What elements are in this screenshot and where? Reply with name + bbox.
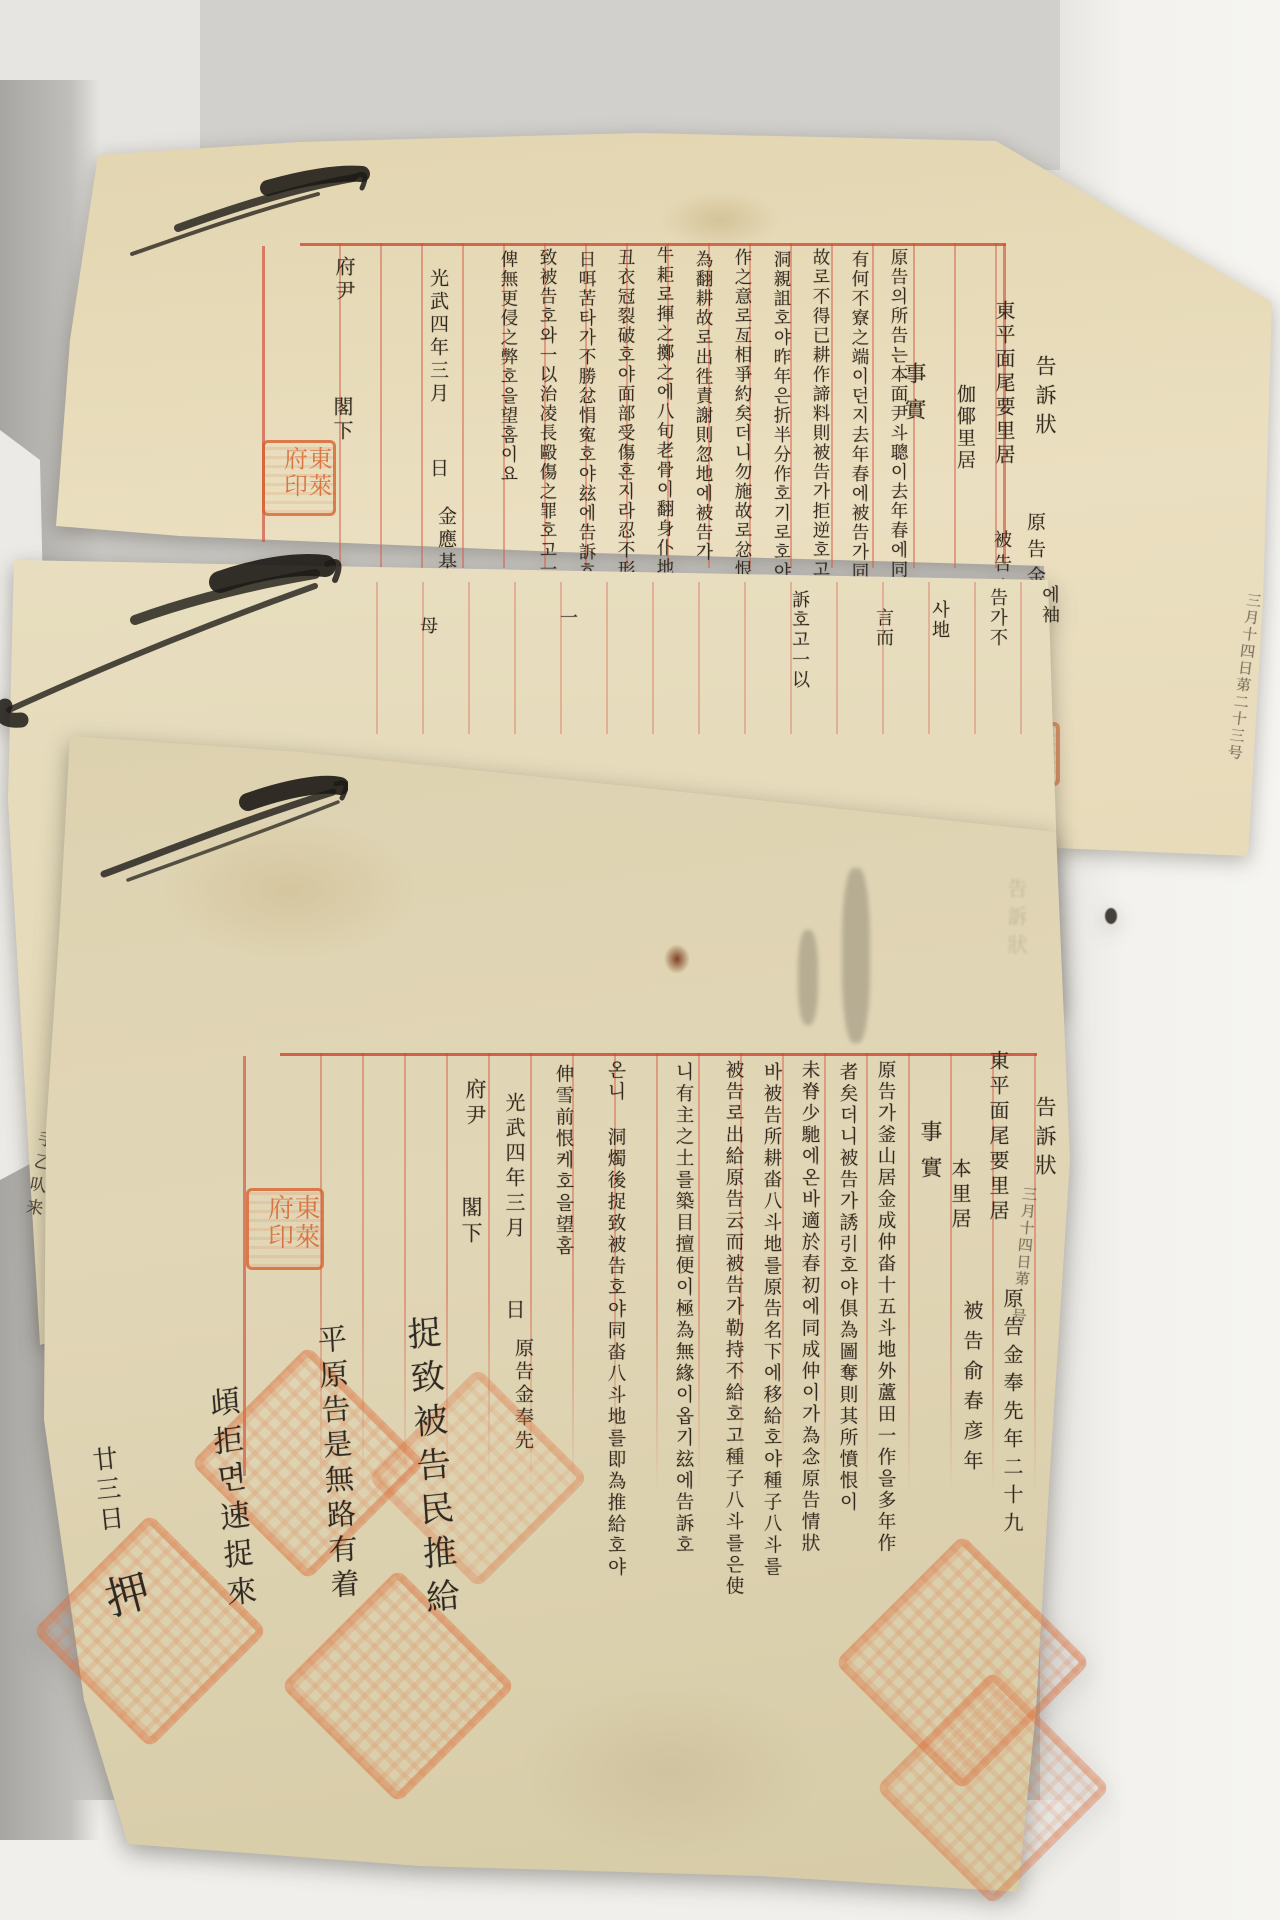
ink-showthrough xyxy=(842,868,870,1043)
doc-bottom-plaintiff: 原告金奉先年二十九 xyxy=(998,1288,1027,1540)
doc-bottom-body-col: 者矣더니被告가誘引호야俱為圖奪則其所憤恨이 xyxy=(834,1062,860,1514)
doc-bottom-defendant: 被告俞春彦年 xyxy=(958,1300,987,1480)
doc-bottom-title: 告訴狀 xyxy=(1030,1096,1060,1183)
doc-bottom-address2: 本里居 xyxy=(946,1158,975,1233)
doc-bottom-body-col: 伸雪前恨케호을望홈 xyxy=(550,1064,576,1258)
doc-bottom-body-col: 온니 洞燭後捉致被告호야同畓八斗地를即為推給호야 xyxy=(602,1060,628,1579)
doc-bottom-body-col: 바被告所耕畓八斗地를原告名下에移給호야種子八斗를 xyxy=(758,1062,784,1578)
official-seal-stamp: 東萊府印 xyxy=(246,1188,324,1270)
doc-bottom-addressee-title: 府尹 xyxy=(460,1078,490,1130)
doc-bottom-body-col: 니有主之土를築目擅便이極為無緣이옵기玆에告訴호 xyxy=(670,1062,696,1557)
doc-bottom-addressee-honorific: 閣下 xyxy=(456,1196,486,1248)
doc-bottom-body-col: 被告로出給原告云而被告가勒持不給호고種子八斗를은使 xyxy=(720,1060,746,1598)
doc-bottom-body-col: 原告가釜山居金成仲畓十五斗地外蘆田一作을多年作 xyxy=(872,1060,898,1555)
paper-stain xyxy=(520,1680,820,1860)
ink-showthrough xyxy=(798,930,818,1025)
photo-canvas: 告訴狀 東平面尾要里居 伽倻里居 原告金應基年 被告李今石年 事實 原告의所告는… xyxy=(0,0,1280,1920)
doc-bottom-date-line: 光武四年三月 日 xyxy=(500,1092,529,1324)
doc-bottom-section-label: 事實 xyxy=(914,1120,945,1192)
brown-ink-blot xyxy=(664,944,690,974)
document-sheet-bottom: 告訴狀 告訴狀 東平面尾要里居 本里居 原告金奉先年二十九 被告俞春彦年 事實 … xyxy=(0,0,1280,1920)
doc-bottom-body-col: 未脊少馳에온바適於春初에同成仲이가為念原告情狀 xyxy=(796,1060,822,1555)
ink-offset-ghost: 告訴狀 xyxy=(1002,878,1031,962)
doc-bottom-address1: 東平面尾要里居 xyxy=(984,1050,1013,1225)
paper-stain xyxy=(160,820,420,960)
